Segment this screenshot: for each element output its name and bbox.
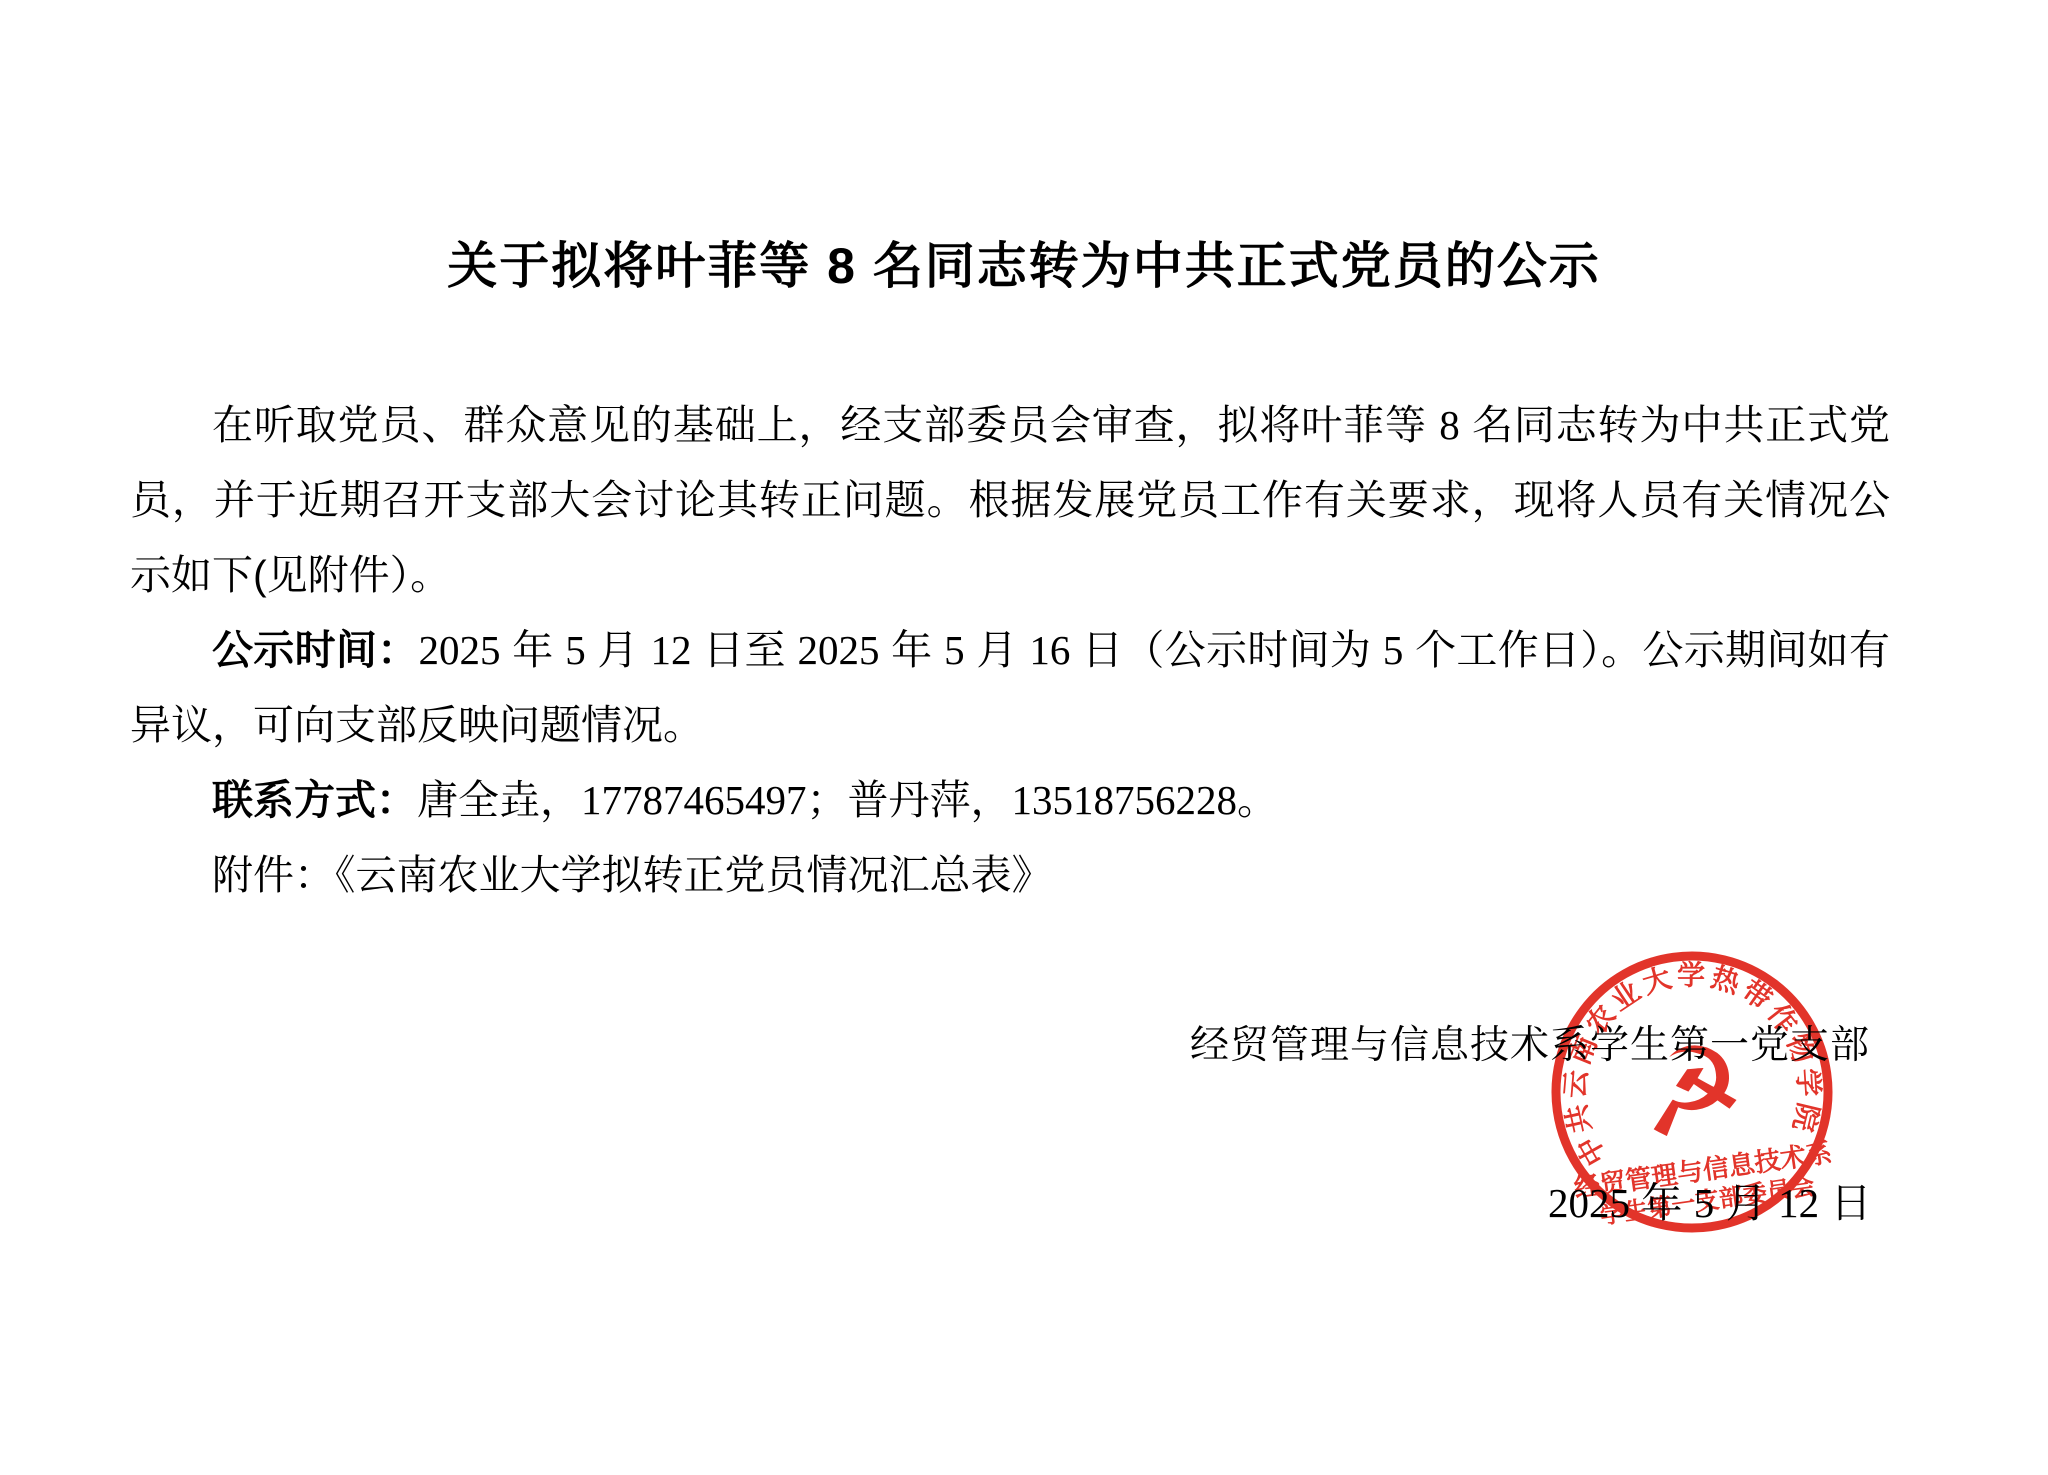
issuing-branch-signature: 经贸管理与信息技术系学生第一党支部	[1190, 1014, 1870, 1070]
paragraph-contact-info: 联系方式：唐全垚，17787465497；普丹萍，13518756228。	[130, 763, 1890, 838]
paragraph-publicity-period: 公示时间：2025 年 5 月 12 日至 2025 年 5 月 16 日（公示…	[130, 613, 1890, 763]
paragraph-intro: 在听取党员、群众意见的基础上，经支部委员会审查，拟将叶菲等 8 名同志转为中共正…	[130, 388, 1890, 613]
document-body: 在听取党员、群众意见的基础上，经支部委员会审查，拟将叶菲等 8 名同志转为中共正…	[130, 388, 1890, 913]
paragraph-attachment: 附件：《云南农业大学拟转正党员情况汇总表》	[130, 838, 1890, 913]
document-title: 关于拟将叶菲等 8 名同志转为中共正式党员的公示	[0, 226, 2048, 298]
document-page: 关于拟将叶菲等 8 名同志转为中共正式党员的公示 在听取党员、群众意见的基础上，…	[0, 0, 2048, 1475]
issue-date: 2025 年 5 月 12 日	[1548, 1170, 1872, 1229]
